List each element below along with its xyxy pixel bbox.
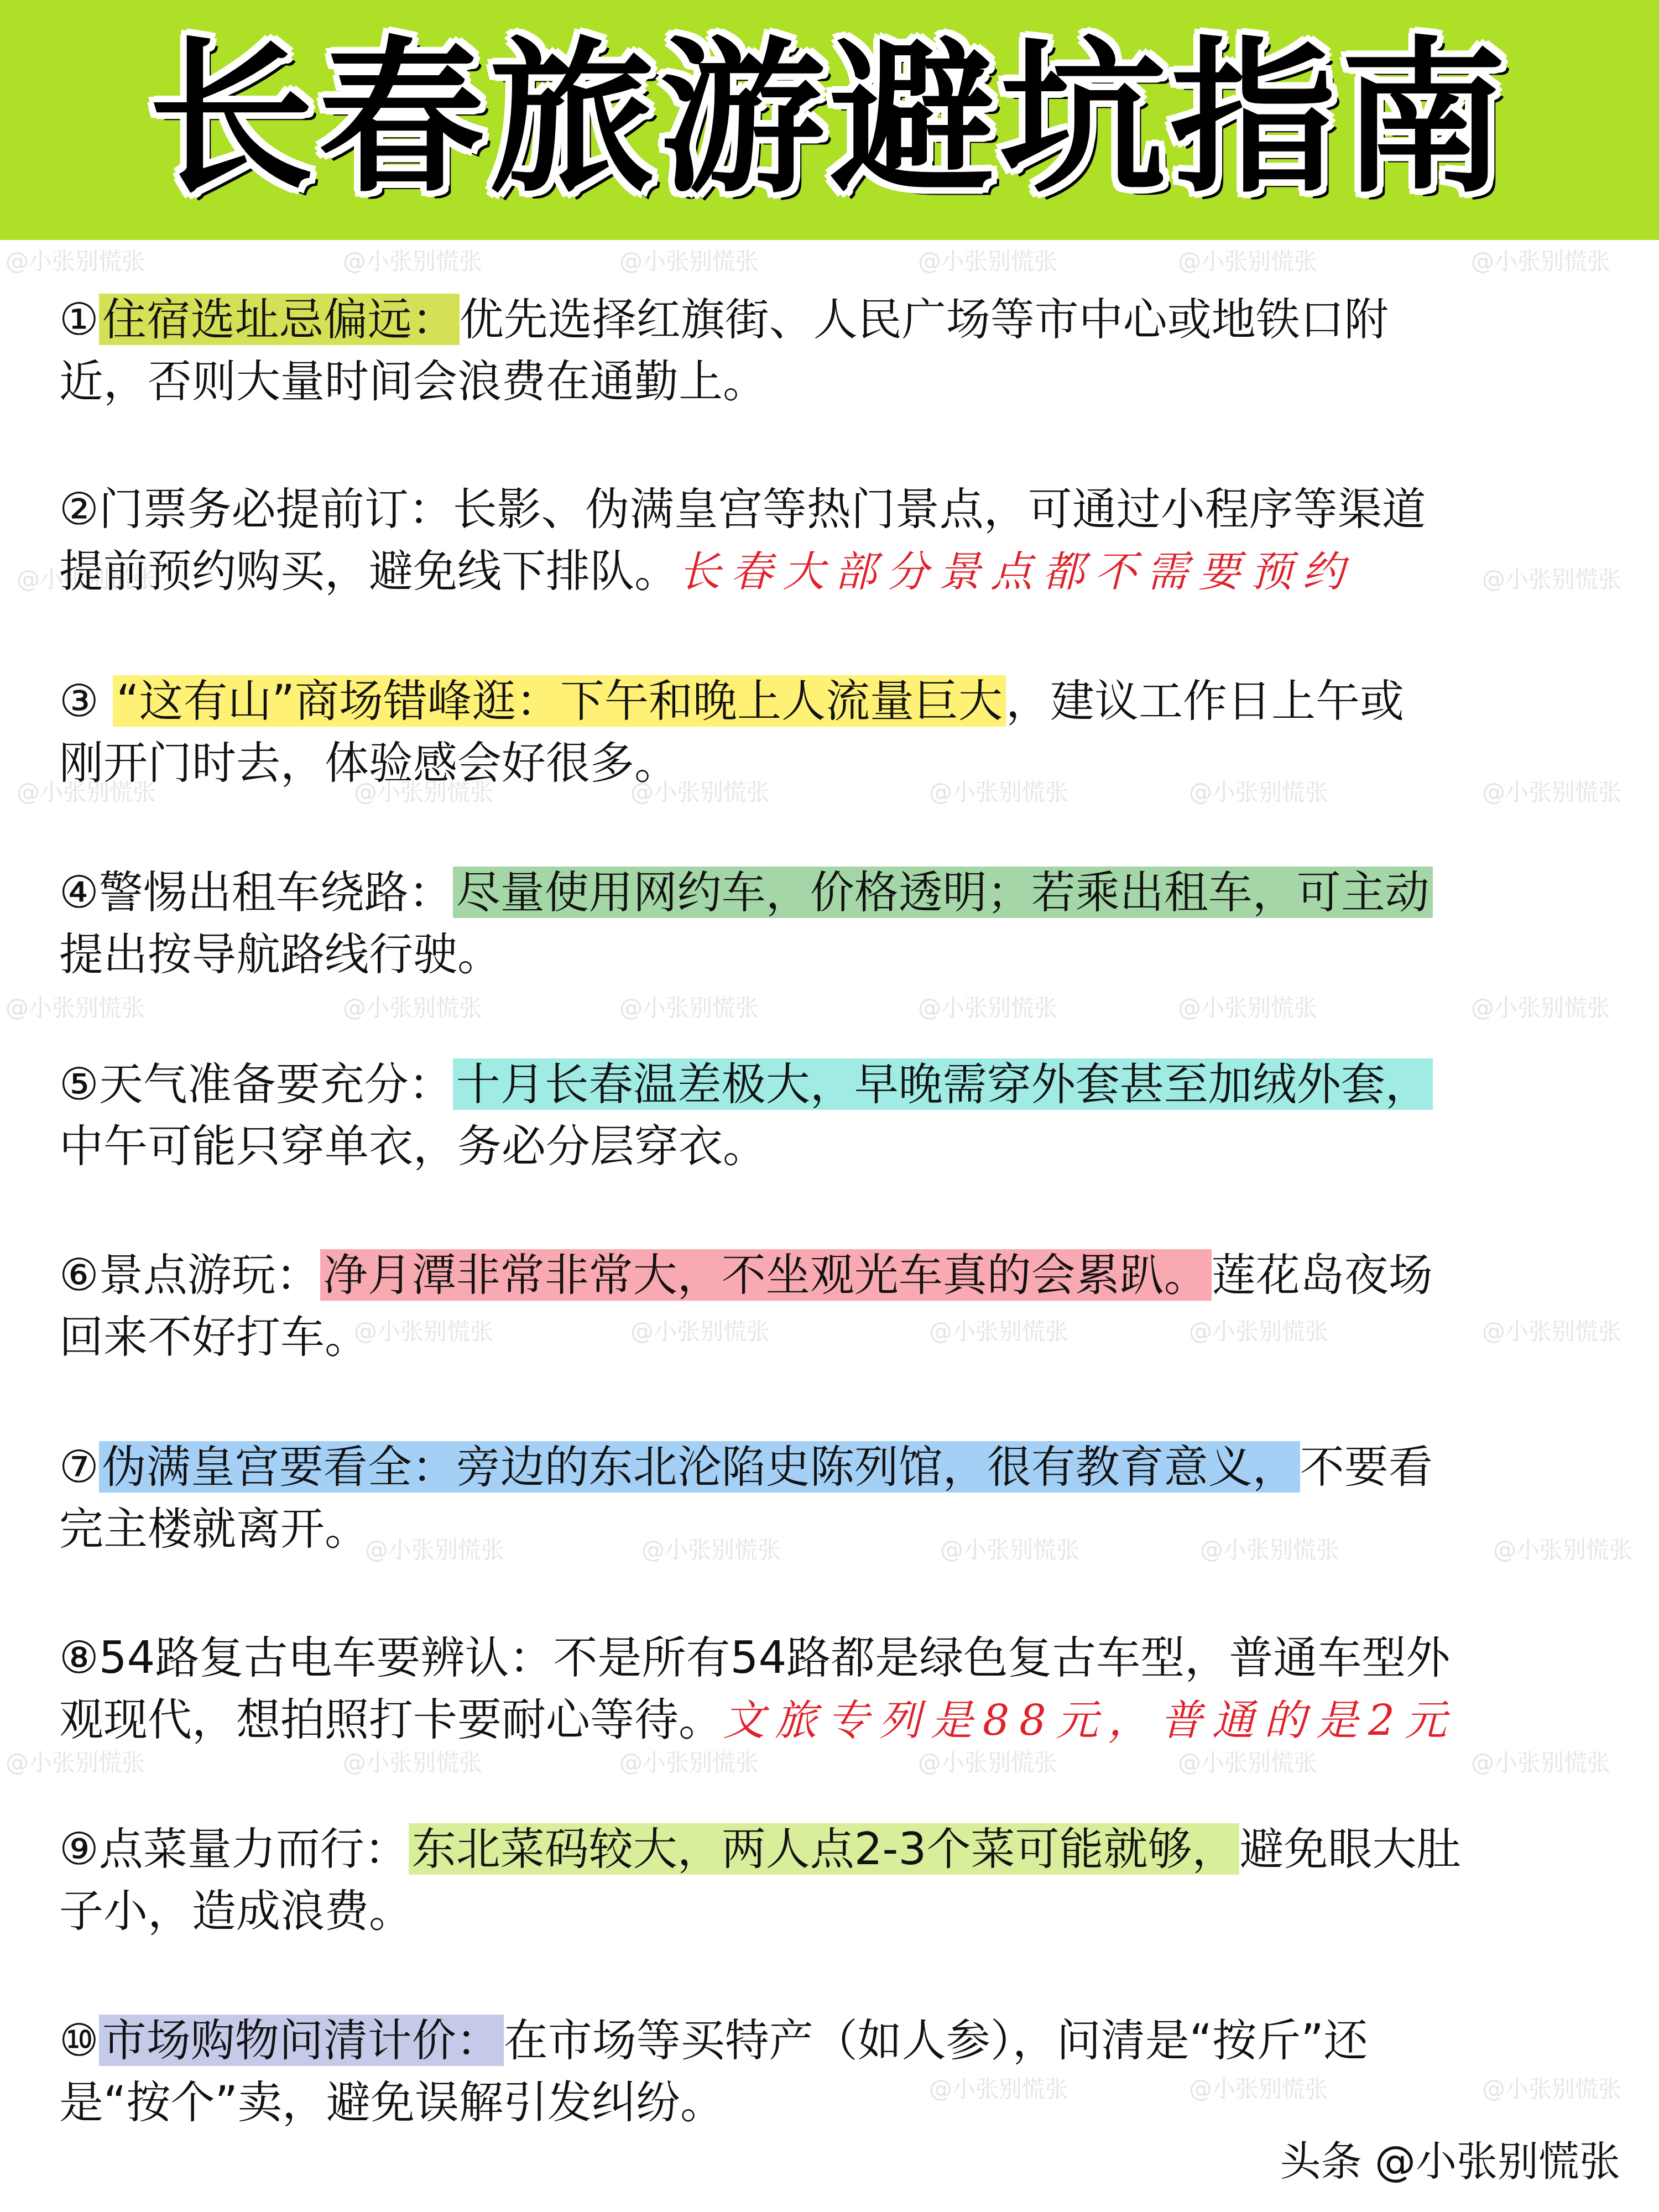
tip-text: 近，否则大量时间会浪费在通勤上。	[59, 351, 1608, 413]
page-title: 长春旅游避坑指南	[0, 22, 1659, 216]
item-number: ⑩	[59, 2015, 99, 2066]
tip-item-7: ⑦伪满皇宫要看全：旁边的东北沦陷史陈列馆，很有教育意义，不要看 完主楼就离开。	[59, 1436, 1608, 1560]
watermark: @小张别慌张	[1471, 990, 1610, 1023]
item-number: ⑤	[59, 1058, 99, 1110]
watermark: @小张别慌张	[918, 990, 1057, 1023]
highlight: “这有山”商场错峰逛：下午和晚上人流量巨大	[113, 675, 1006, 727]
title-banner: 长春旅游避坑指南	[0, 0, 1659, 240]
tip-text: 中午可能只穿单衣，务必分层穿衣。	[59, 1115, 1608, 1177]
watermark: @小张别慌张	[343, 243, 482, 276]
tip-text: 提出按导航路线行驶。	[59, 924, 1608, 985]
tip-text: 门票务必提前订：长影、伪满皇宫等热门景点，可通过小程序等渠道	[99, 483, 1426, 535]
watermark: @小张别慌张	[1471, 243, 1610, 276]
highlight: 十月长春温差极大，早晚需穿外套甚至加绒外套，	[453, 1058, 1433, 1110]
tip-text: 完主楼就离开。	[59, 1498, 1608, 1560]
highlight: 住宿选址忌偏远：	[99, 294, 460, 345]
highlight: 伪满皇宫要看全：旁边的东北沦陷史陈列馆，很有教育意义，	[99, 1441, 1300, 1493]
tip-text: 54路复古电车要辨认：不是所有54路都是绿色复古车型，普通车型外	[99, 1632, 1451, 1683]
item-number: ①	[59, 294, 99, 345]
tip-text: 在市场等买特产（如人参），问清是“按斤”还	[504, 2015, 1368, 2066]
tip-text: 点菜量力而行：	[99, 1823, 409, 1875]
tip-item-9: ⑨点菜量力而行：东北菜码较大，两人点2-3个菜可能就够，避免眼大肚 子小，造成浪…	[59, 1818, 1608, 1942]
author-credit: 头条 @小张别慌张	[1280, 2129, 1620, 2188]
tip-text: ，建议工作日上午或	[1006, 675, 1404, 727]
tip-text: 刚开门时去，体验感会好很多。	[59, 732, 1608, 794]
highlight: 尽量使用网约车，价格透明；若乘出租车，可主动	[453, 867, 1433, 918]
item-number: ④	[59, 867, 99, 918]
tip-text: 天气准备要充分：	[99, 1058, 453, 1110]
handwritten-note: 文旅专列是88元，普通的是2元	[723, 1695, 1457, 1745]
item-number: ⑥	[59, 1249, 99, 1301]
handwritten-note: 长春大部分景点都不需要预约	[679, 547, 1354, 596]
tip-text: 景点游玩：	[99, 1249, 320, 1301]
item-number: ②	[59, 483, 99, 535]
tip-item-10: ⑩市场购物问清计价：在市场等买特产（如人参），问清是“按斤”还 是“按个”卖，避…	[59, 2010, 1608, 2133]
watermark: @小张别慌张	[6, 243, 145, 276]
watermark-row: @小张别慌张 @小张别慌张 @小张别慌张 @小张别慌张 @小张别慌张 @小张别慌…	[0, 990, 1659, 1023]
tip-item-3: ③ “这有山”商场错峰逛：下午和晚上人流量巨大，建议工作日上午或 刚开门时去，体…	[59, 670, 1608, 794]
highlight: 东北菜码较大，两人点2-3个菜可能就够，	[409, 1823, 1240, 1875]
tip-text: 提前预约购买，避免线下排队。	[59, 545, 679, 597]
tip-text: 优先选择红旗街、人民广场等市中心或地铁口附	[460, 294, 1389, 345]
watermark-row: @小张别慌张 @小张别慌张 @小张别慌张 @小张别慌张 @小张别慌张 @小张别慌…	[0, 243, 1659, 276]
tip-item-6: ⑥景点游玩：净月潭非常非常大，不坐观光车真的会累趴。莲花岛夜场 回来不好打车。	[59, 1244, 1608, 1368]
watermark: @小张别慌张	[1178, 990, 1317, 1023]
tip-item-1: ①住宿选址忌偏远：优先选择红旗街、人民广场等市中心或地铁口附 近，否则大量时间会…	[59, 289, 1608, 413]
tip-item-2: ②门票务必提前订：长影、伪满皇宫等热门景点，可通过小程序等渠道 提前预约购买，避…	[59, 478, 1608, 602]
highlight: 市场购物问清计价：	[99, 2015, 504, 2066]
tip-text: 观现代，想拍照打卡要耐心等待。	[59, 1694, 723, 1745]
watermark: @小张别慌张	[343, 990, 482, 1023]
tip-text: 莲花岛夜场	[1212, 1249, 1433, 1301]
highlight: 净月潭非常非常大，不坐观光车真的会累趴。	[320, 1249, 1212, 1301]
tip-text: 不要看	[1300, 1441, 1433, 1493]
item-number: ③	[59, 675, 113, 727]
watermark: @小张别慌张	[6, 990, 145, 1023]
tip-text: 警惕出租车绕路：	[99, 867, 453, 918]
item-number: ⑦	[59, 1441, 99, 1493]
item-number: ⑨	[59, 1823, 99, 1875]
tip-item-5: ⑤天气准备要充分：十月长春温差极大，早晚需穿外套甚至加绒外套， 中午可能只穿单衣…	[59, 1053, 1608, 1177]
watermark: @小张别慌张	[619, 243, 759, 276]
watermark: @小张别慌张	[619, 990, 759, 1023]
tip-item-8: ⑧54路复古电车要辨认：不是所有54路都是绿色复古车型，普通车型外 观现代，想拍…	[59, 1627, 1608, 1751]
item-number: ⑧	[59, 1632, 99, 1683]
watermark: @小张别慌张	[1178, 243, 1317, 276]
tip-text: 避免眼大肚	[1239, 1823, 1460, 1875]
tip-text: 回来不好打车。	[59, 1306, 1608, 1368]
tip-text: 子小，造成浪费。	[59, 1880, 1608, 1942]
tip-text: 是“按个”卖，避免误解引发纠纷。	[59, 2072, 1608, 2133]
watermark: @小张别慌张	[918, 243, 1057, 276]
tip-item-4: ④警惕出租车绕路：尽量使用网约车，价格透明；若乘出租车，可主动 提出按导航路线行…	[59, 862, 1608, 985]
